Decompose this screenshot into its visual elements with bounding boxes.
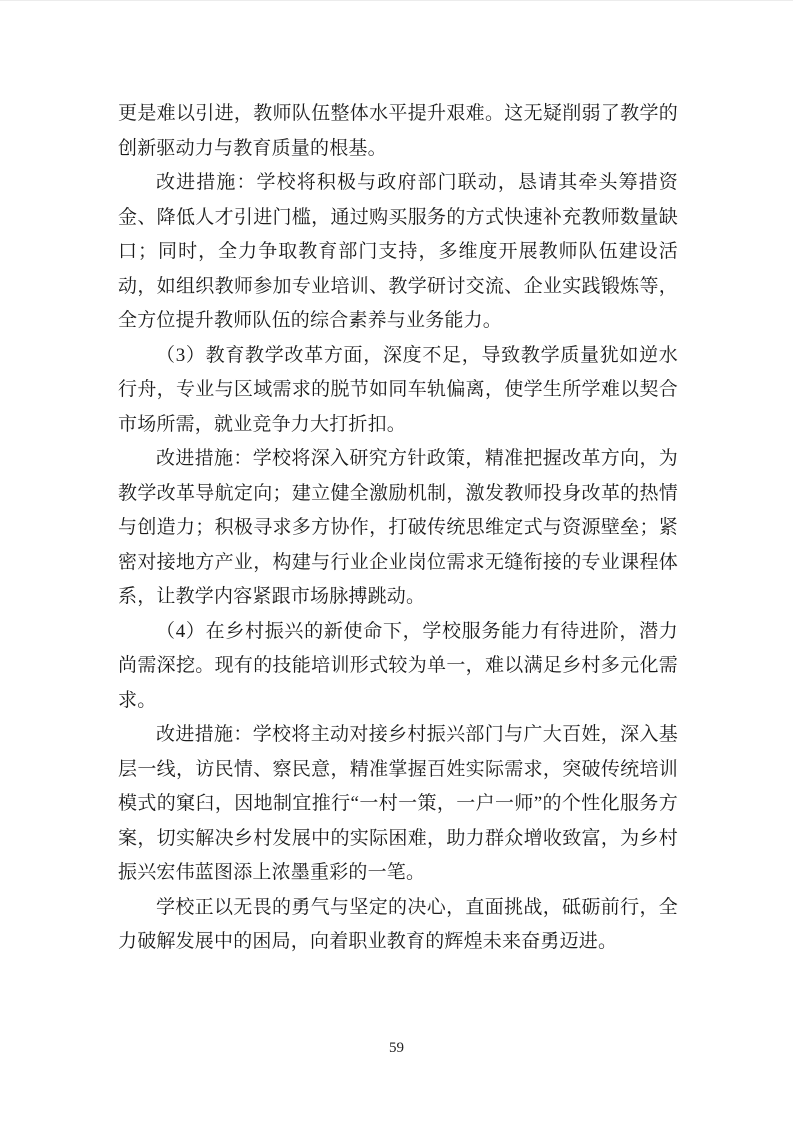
paragraph-continuation: 更是难以引进，教师队伍整体水平提升艰难。这无疑削弱了教学的创新驱动力与教育质量的…: [118, 97, 678, 166]
document-body-text: 更是难以引进，教师队伍整体水平提升艰难。这无疑削弱了教学的创新驱动力与教育质量的…: [118, 97, 678, 960]
document-page: 更是难以引进，教师队伍整体水平提升艰难。这无疑削弱了教学的创新驱动力与教育质量的…: [0, 0, 793, 1122]
page-footer: 59: [0, 1039, 793, 1057]
paragraph-improvement-measures-rural: 改进措施：学校将主动对接乡村振兴部门与广大百姓，深入基层一线，访民情、察民意，精…: [118, 718, 678, 891]
paragraph-improvement-measures-reform: 改进措施：学校将深入研究方针政策，精准把握改革方向，为教学改革导航定向；建立健全…: [118, 442, 678, 615]
paragraph-item-4-rural-revitalization: （4）在乡村振兴的新使命下，学校服务能力有待进阶，潜力尚需深挖。现有的技能培训形…: [118, 615, 678, 719]
page-number: 59: [389, 1039, 404, 1057]
paragraph-closing-statement: 学校正以无畏的勇气与坚定的决心，直面挑战，砥砺前行，全力破解发展中的困局，向着职…: [118, 891, 678, 960]
paragraph-improvement-measures-teachers: 改进措施：学校将积极与政府部门联动，恳请其牵头筹措资金、降低人才引进门槛，通过购…: [118, 166, 678, 339]
paragraph-item-3-teaching-reform: （3）教育教学改革方面，深度不足，导致教学质量犹如逆水行舟，专业与区域需求的脱节…: [118, 339, 678, 443]
